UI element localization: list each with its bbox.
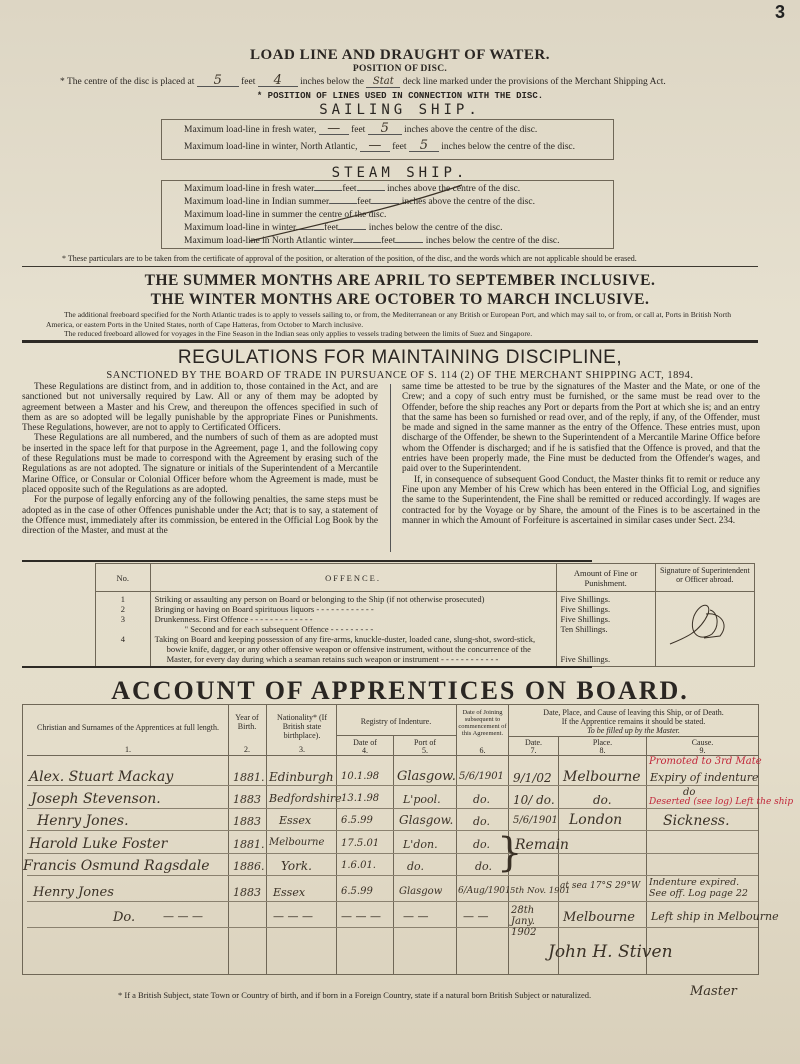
red-annotation: Deserted (see log) Left the ship xyxy=(649,797,793,807)
master-title: Master xyxy=(690,984,737,999)
apprentice-name: Henry Jones. xyxy=(37,813,129,829)
apprentice-name: Do. xyxy=(113,910,135,925)
header-leaving: Date, Place, and Cause of leaving this S… xyxy=(509,708,758,717)
north-atlantic-note: The additional freeboard specified for t… xyxy=(46,310,736,329)
offence-row: Drunkenness. First Offence - - - - - - -… xyxy=(155,614,552,624)
apprentice-name: Alex. Stuart Mackay xyxy=(29,769,173,785)
apprentice-name: Henry Jones xyxy=(33,885,114,900)
offence-row: Taking on Board and keeping possession o… xyxy=(155,634,552,664)
load-line-title: LOAD LINE AND DRAUGHT OF WATER. xyxy=(0,47,800,64)
nationality-footnote: * If a British Subject, state Town or Co… xyxy=(118,990,591,1000)
divider xyxy=(22,666,592,668)
position-of-disc-heading: POSITION OF DISC. xyxy=(0,64,800,74)
header-offence: OFFENCE. xyxy=(150,564,556,592)
sailing-ship-box: Maximum load-line in fresh water, — feet… xyxy=(161,119,614,160)
offences-table: No. OFFENCE. Amount of Fine or Punishmen… xyxy=(95,563,755,667)
divider xyxy=(22,340,758,343)
regulations-subtitle: SANCTIONED BY THE BOARD OF TRADE IN PURS… xyxy=(0,370,800,381)
header-registry: Registry of Indenture. xyxy=(337,717,455,726)
steam-ship-heading: STEAM SHIP. xyxy=(0,165,800,181)
brace-mark: } xyxy=(497,833,522,873)
offence-row: " Second and for each subsequent Offence… xyxy=(155,624,552,634)
indian-seas-note: The reduced freeboard allowed for voyage… xyxy=(64,329,744,339)
fine-amounts: Five Shillings.Five Shillings.Five Shill… xyxy=(556,592,655,667)
apprentices-table: Christian and Surnames of the Apprentice… xyxy=(22,704,759,975)
master-signature: John H. Stiven xyxy=(548,942,673,962)
header-birth: Year of Birth. xyxy=(229,713,265,731)
strike-through-mark xyxy=(162,181,613,248)
header-fine: Amount of Fine or Punishment. xyxy=(556,564,655,592)
sailing-row-fresh-water: Maximum load-line in fresh water, — feet… xyxy=(184,124,613,137)
offence-numbers: 123 4 xyxy=(96,592,151,667)
summer-months: THE SUMMER MONTHS ARE APRIL TO SEPTEMBER… xyxy=(0,272,800,290)
sailing-row-winter-north-atlantic: Maximum load-line in winter, North Atlan… xyxy=(184,141,613,154)
divider xyxy=(22,266,758,267)
apprentice-name: Francis Osmund Ragsdale xyxy=(23,858,210,874)
red-annotation: Promoted to 3rd Mate xyxy=(649,756,762,767)
sailing-ship-heading: SAILING SHIP. xyxy=(0,102,800,118)
apprentice-name: Joseph Stevenson. xyxy=(31,791,161,807)
signature-initials-mark xyxy=(660,594,740,654)
column-divider xyxy=(390,384,391,552)
superintendent-signature xyxy=(655,592,754,667)
apprentices-title: ACCOUNT OF APPRENTICES ON BOARD. xyxy=(0,676,800,706)
offence-row: Striking or assaulting any person on Boa… xyxy=(155,594,552,604)
divider xyxy=(22,560,592,562)
disc-position-line: * The centre of the disc is placed at 5 … xyxy=(60,76,666,88)
offence-row: Bringing or having on Board spirituous l… xyxy=(155,604,552,614)
header-joining: Date of Joining subsequent to commenceme… xyxy=(458,709,507,737)
regulations-title: REGULATIONS FOR MAINTAINING DISCIPLINE, xyxy=(0,347,800,369)
offence-descriptions: Striking or assaulting any person on Boa… xyxy=(150,592,556,667)
steam-ship-box: Maximum load-line in fresh waterfeet inc… xyxy=(161,180,614,249)
header-name: Christian and Surnames of the Apprentice… xyxy=(33,723,223,732)
regulations-right-column: same time be attested to be true by the … xyxy=(402,382,760,526)
regulations-left-column: These Regulations are distinct from, and… xyxy=(22,382,378,536)
page-number: 3 xyxy=(775,2,785,23)
header-no: No. xyxy=(96,564,151,592)
header-signature: Signature of Superintendent or Officer a… xyxy=(655,564,754,592)
disc-inches-value: 4 xyxy=(258,76,298,87)
load-line-footnote: * These particulars are to be taken from… xyxy=(62,254,637,263)
deck-value: Stat xyxy=(366,77,400,88)
apprentice-name: Harold Luke Foster xyxy=(29,836,167,852)
header-nationality: Nationality* (If British state birthplac… xyxy=(269,713,335,740)
disc-feet-value: 5 xyxy=(197,76,239,87)
winter-months: THE WINTER MONTHS ARE OCTOBER TO MARCH I… xyxy=(0,291,800,309)
lines-heading: * POSITION OF LINES USED IN CONNECTION W… xyxy=(0,91,800,101)
